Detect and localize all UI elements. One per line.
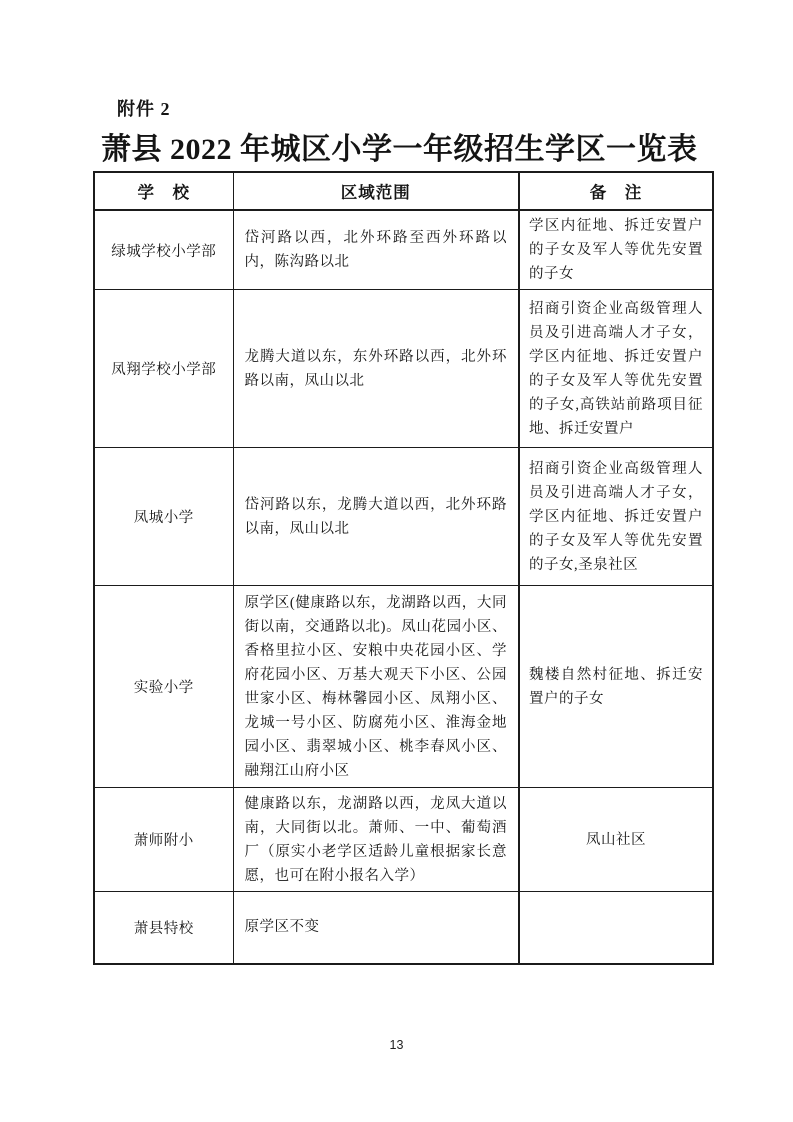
page-number: 13 (0, 1038, 793, 1052)
note-cell: 凤山社区 (519, 788, 713, 892)
table-header-row: 学 校 区域范围 备 注 (94, 172, 713, 210)
note-cell: 学区内征地、拆迁安置户的子女及军人等优先安置的子女 (519, 210, 713, 290)
school-cell: 实验小学 (94, 586, 233, 788)
table-row: 萧县特校 原学区不变 (94, 892, 713, 964)
school-cell: 萧师附小 (94, 788, 233, 892)
area-cell: 健康路以东，龙湖路以西，龙凤大道以南，大同街以北。萧师、一中、葡萄酒厂（原实小老… (233, 788, 519, 892)
table-row: 凤翔学校小学部 龙腾大道以东，东外环路以西，北外环路以南，凤山以北 招商引资企业… (94, 290, 713, 448)
col-header-school: 学 校 (94, 172, 233, 210)
area-cell: 原学区(健康路以东，龙湖路以西，大同街以南，交通路以北)。凤山花园小区、香格里拉… (233, 586, 519, 788)
area-cell: 龙腾大道以东，东外环路以西，北外环路以南，凤山以北 (233, 290, 519, 448)
area-cell: 岱河路以西，北外环路至西外环路以内，陈沟路以北 (233, 210, 519, 290)
table-row: 萧师附小 健康路以东，龙湖路以西，龙凤大道以南，大同街以北。萧师、一中、葡萄酒厂… (94, 788, 713, 892)
district-table: 学 校 区域范围 备 注 绿城学校小学部 岱河路以西，北外环路至西外环路以内，陈… (93, 171, 714, 965)
table-row: 实验小学 原学区(健康路以东，龙湖路以西，大同街以南，交通路以北)。凤山花园小区… (94, 586, 713, 788)
area-cell: 原学区不变 (233, 892, 519, 964)
note-cell (519, 892, 713, 964)
school-cell: 绿城学校小学部 (94, 210, 233, 290)
school-cell: 萧县特校 (94, 892, 233, 964)
attachment-label: 附件 2 (117, 95, 171, 121)
note-cell: 招商引资企业高级管理人员及引进高端人才子女，学区内征地、拆迁安置户的子女及军人等… (519, 290, 713, 448)
page-title: 萧县 2022 年城区小学一年级招生学区一览表 (101, 124, 698, 168)
note-cell: 魏楼自然村征地、拆迁安置户的子女 (519, 586, 713, 788)
area-cell: 岱河路以东，龙腾大道以西，北外环路以南，凤山以北 (233, 448, 519, 586)
note-cell: 招商引资企业高级管理人员及引进高端人才子女，学区内征地、拆迁安置户的子女及军人等… (519, 448, 713, 586)
col-header-area: 区域范围 (233, 172, 519, 210)
school-cell: 凤城小学 (94, 448, 233, 586)
table-row: 绿城学校小学部 岱河路以西，北外环路至西外环路以内，陈沟路以北 学区内征地、拆迁… (94, 210, 713, 290)
school-cell: 凤翔学校小学部 (94, 290, 233, 448)
document-page: 附件 2 萧县 2022 年城区小学一年级招生学区一览表 学 校 区域范围 备 … (0, 0, 793, 1122)
table-row: 凤城小学 岱河路以东，龙腾大道以西，北外环路以南，凤山以北 招商引资企业高级管理… (94, 448, 713, 586)
col-header-note: 备 注 (519, 172, 713, 210)
